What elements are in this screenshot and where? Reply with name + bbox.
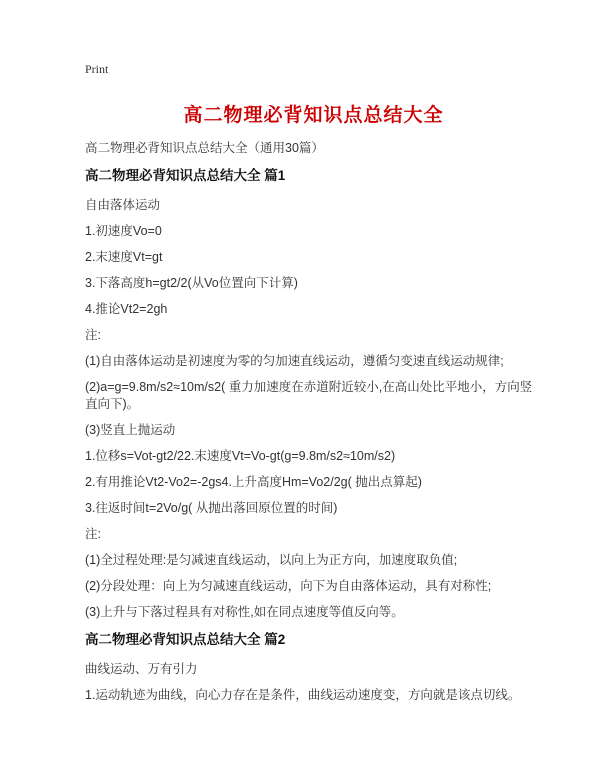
subtitle: 高二物理必背知识点总结大全（通用30篇） xyxy=(85,140,542,157)
paragraph: 1.运动轨迹为曲线，向心力存在是条件，曲线运动速度变，方向就是该点切线。 xyxy=(85,687,542,704)
section-heading-2: 高二物理必背知识点总结大全 篇2 xyxy=(85,631,542,649)
paragraph: (2)a=g=9.8m/s2≈10m/s2( 重力加速度在赤道附近较小,在高山处… xyxy=(85,379,542,413)
paragraph: (1)自由落体运动是初速度为零的匀加速直线运动，遵循匀变速直线运动规律; xyxy=(85,353,542,370)
paragraph: 3.下落高度h=gt2/2(从Vo位置向下计算) xyxy=(85,275,542,292)
paragraph: 4.推论Vt2=2gh xyxy=(85,301,542,318)
paragraph: 1.初速度Vo=0 xyxy=(85,223,542,240)
paragraph: (1)全过程处理:是匀减速直线运动，以向上为正方向，加速度取负值; xyxy=(85,552,542,569)
paragraph: 1.位移s=Vot-gt2/22.末速度Vt=Vo-gt(g=9.8m/s2≈1… xyxy=(85,448,542,465)
paragraph: (3)上升与下落过程具有对称性,如在同点速度等值反向等。 xyxy=(85,604,542,621)
paragraph: 注: xyxy=(85,327,542,344)
section-heading-1: 高二物理必背知识点总结大全 篇1 xyxy=(85,167,542,185)
section-2: 高二物理必背知识点总结大全 篇2 曲线运动、万有引力 1.运动轨迹为曲线，向心力… xyxy=(85,631,542,704)
paragraph: 自由落体运动 xyxy=(85,197,542,214)
paragraph: 3.往返时间t=2Vo/g( 从抛出落回原位置的时间) xyxy=(85,500,542,517)
paragraph: 2.有用推论Vt2-Vo2=-2gs4.上升高度Hm=Vo2/2g( 抛出点算起… xyxy=(85,474,542,491)
print-link[interactable]: Print xyxy=(85,62,108,76)
document-page: Print 高二物理必背知识点总结大全 高二物理必背知识点总结大全（通用30篇）… xyxy=(0,0,600,776)
paragraph: 注: xyxy=(85,526,542,543)
paragraph: (2)分段处理：向上为匀减速直线运动，向下为自由落体运动，具有对称性; xyxy=(85,578,542,595)
paragraph: 曲线运动、万有引力 xyxy=(85,661,542,678)
section-1: 高二物理必背知识点总结大全 篇1 自由落体运动 1.初速度Vo=0 2.末速度V… xyxy=(85,167,542,621)
paragraph: 2.末速度Vt=gt xyxy=(85,249,542,266)
page-title: 高二物理必背知识点总结大全 xyxy=(85,104,542,128)
paragraph: (3)竖直上抛运动 xyxy=(85,422,542,439)
